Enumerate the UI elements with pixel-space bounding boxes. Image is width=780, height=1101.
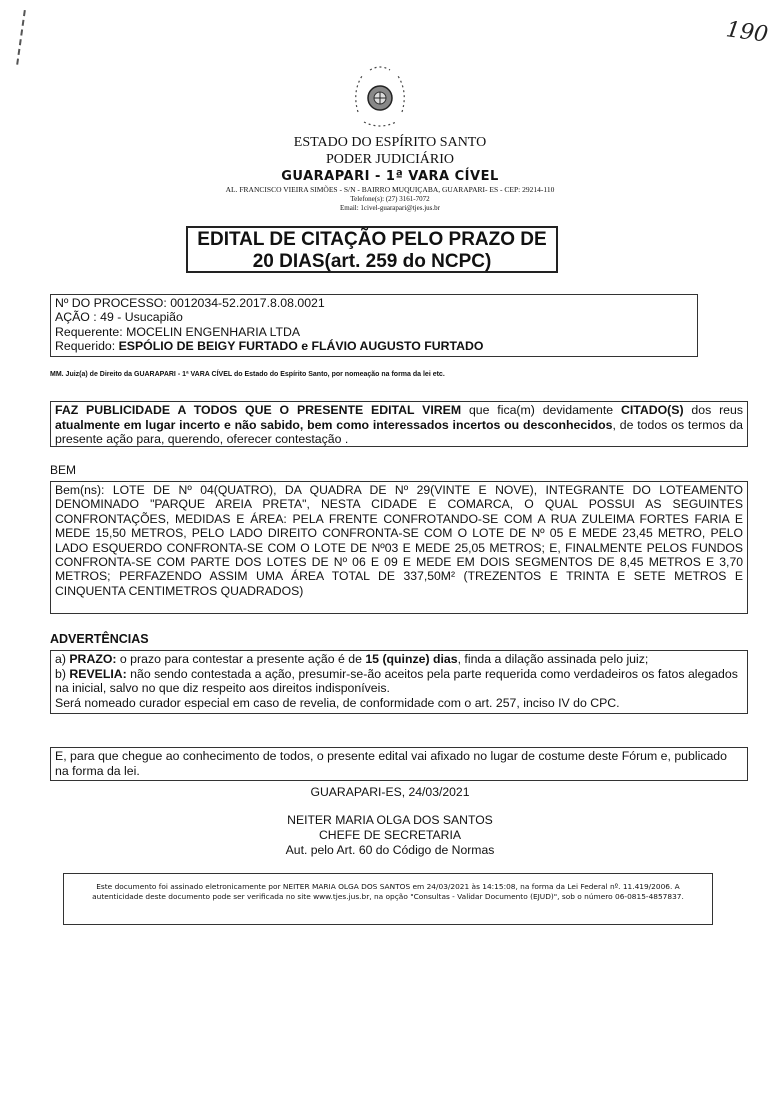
warning-a-prefix: a) (55, 652, 69, 666)
action-label: AÇÃO : (55, 310, 100, 324)
signer-role: CHEFE DE SECRETARIA (0, 828, 780, 842)
header-address: AL. FRANCISCO VIEIRA SIMÕES - S/N - BAIR… (0, 185, 780, 194)
publicity-cited: CITADO(S) (621, 403, 684, 417)
publicity-heading: FAZ PUBLICIDADE A TODOS QUE O PRESENTE E… (55, 403, 461, 417)
header-branch: PODER JUDICIÁRIO (0, 152, 780, 168)
handwritten-page-number: 190 (724, 17, 769, 48)
header-phone: Telefone(s): (27) 3161-7072 (0, 195, 780, 203)
warning-b-prefix: b) (55, 667, 69, 681)
publicity-box: FAZ PUBLICIDADE A TODOS QUE O PRESENTE E… (50, 401, 748, 447)
warning-b: b) REVELIA: não sendo contestada a ação,… (55, 667, 743, 696)
warning-a-title: PRAZO: (69, 652, 116, 666)
coat-of-arms-seal-icon (348, 62, 412, 134)
process-number: 0012034-52.2017.8.08.0021 (170, 296, 325, 310)
warning-a-deadline: 15 (quinze) dias (365, 652, 457, 666)
defendant-label: Requerido: (55, 339, 119, 353)
judge-line: MM. Juiz(a) de Direito da GUARAPARI - 1ª… (50, 371, 445, 378)
warning-b-title: REVELIA: (69, 667, 126, 681)
warning-a-text: , finda a dilação assinada pelo juiz; (458, 652, 649, 666)
header-state: ESTADO DO ESPÍRITO SANTO (0, 135, 780, 151)
signer-name: NEITER MARIA OLGA DOS SANTOS (0, 813, 780, 827)
warnings-box: a) PRAZO: o prazo para contestar a prese… (50, 650, 748, 714)
property-description: Bem(ns): LOTE DE Nº 04(QUATRO), DA QUADR… (50, 481, 748, 614)
defendant-value: ESPÓLIO DE BEIGY FURTADO e FLÁVIO AUGUST… (119, 339, 484, 353)
title-line-1: EDITAL DE CITAÇÃO PELO PRAZO DE (188, 229, 556, 251)
publicity-text: que fica(m) devidamente (461, 403, 621, 417)
warning-a: a) PRAZO: o prazo para contestar a prese… (55, 652, 743, 667)
plaintiff-label: Requerente: (55, 325, 126, 339)
publicity-parties: atualmente em lugar incerto e não sabido… (55, 418, 613, 432)
action-row: AÇÃO : 49 - Usucapião (55, 310, 693, 324)
action-value: 49 - Usucapião (100, 310, 183, 324)
defendant-row: Requerido: ESPÓLIO DE BEIGY FURTADO e FL… (55, 339, 693, 353)
process-number-label: Nº DO PROCESSO: (55, 296, 170, 310)
publicity-text: dos reus (684, 403, 743, 417)
margin-mark (16, 10, 28, 65)
warning-b-text: não sendo contestada a ação, presumir-se… (55, 667, 738, 696)
title-line-2: 20 DIAS(art. 259 do NCPC) (188, 251, 556, 273)
warning-c: Será nomeado curador especial em caso de… (55, 696, 743, 711)
property-label: BEM (50, 463, 76, 477)
plaintiff-value: MOCELIN ENGENHARIA LTDA (126, 325, 300, 339)
warning-a-text: o prazo para contestar a presente ação é… (117, 652, 366, 666)
document-title: EDITAL DE CITAÇÃO PELO PRAZO DE 20 DIAS(… (186, 226, 558, 273)
warnings-label: ADVERTÊNCIAS (50, 632, 149, 646)
closing-box: E, para que chegue ao conhecimento de to… (50, 747, 748, 781)
plaintiff-row: Requerente: MOCELIN ENGENHARIA LTDA (55, 325, 693, 339)
place-date: GUARAPARI-ES, 24/03/2021 (0, 785, 780, 799)
process-number-row: Nº DO PROCESSO: 0012034-52.2017.8.08.002… (55, 296, 693, 310)
process-info-box: Nº DO PROCESSO: 0012034-52.2017.8.08.002… (50, 294, 698, 357)
signer-authorization: Aut. pelo Art. 60 do Código de Normas (0, 843, 780, 857)
header-email: Email: 1civel-guarapari@tjes.jus.br (0, 204, 780, 212)
electronic-signature-footer: Este documento foi assinado eletronicame… (63, 873, 713, 925)
header-court: GUARAPARI - 1ª VARA CÍVEL (0, 169, 780, 184)
